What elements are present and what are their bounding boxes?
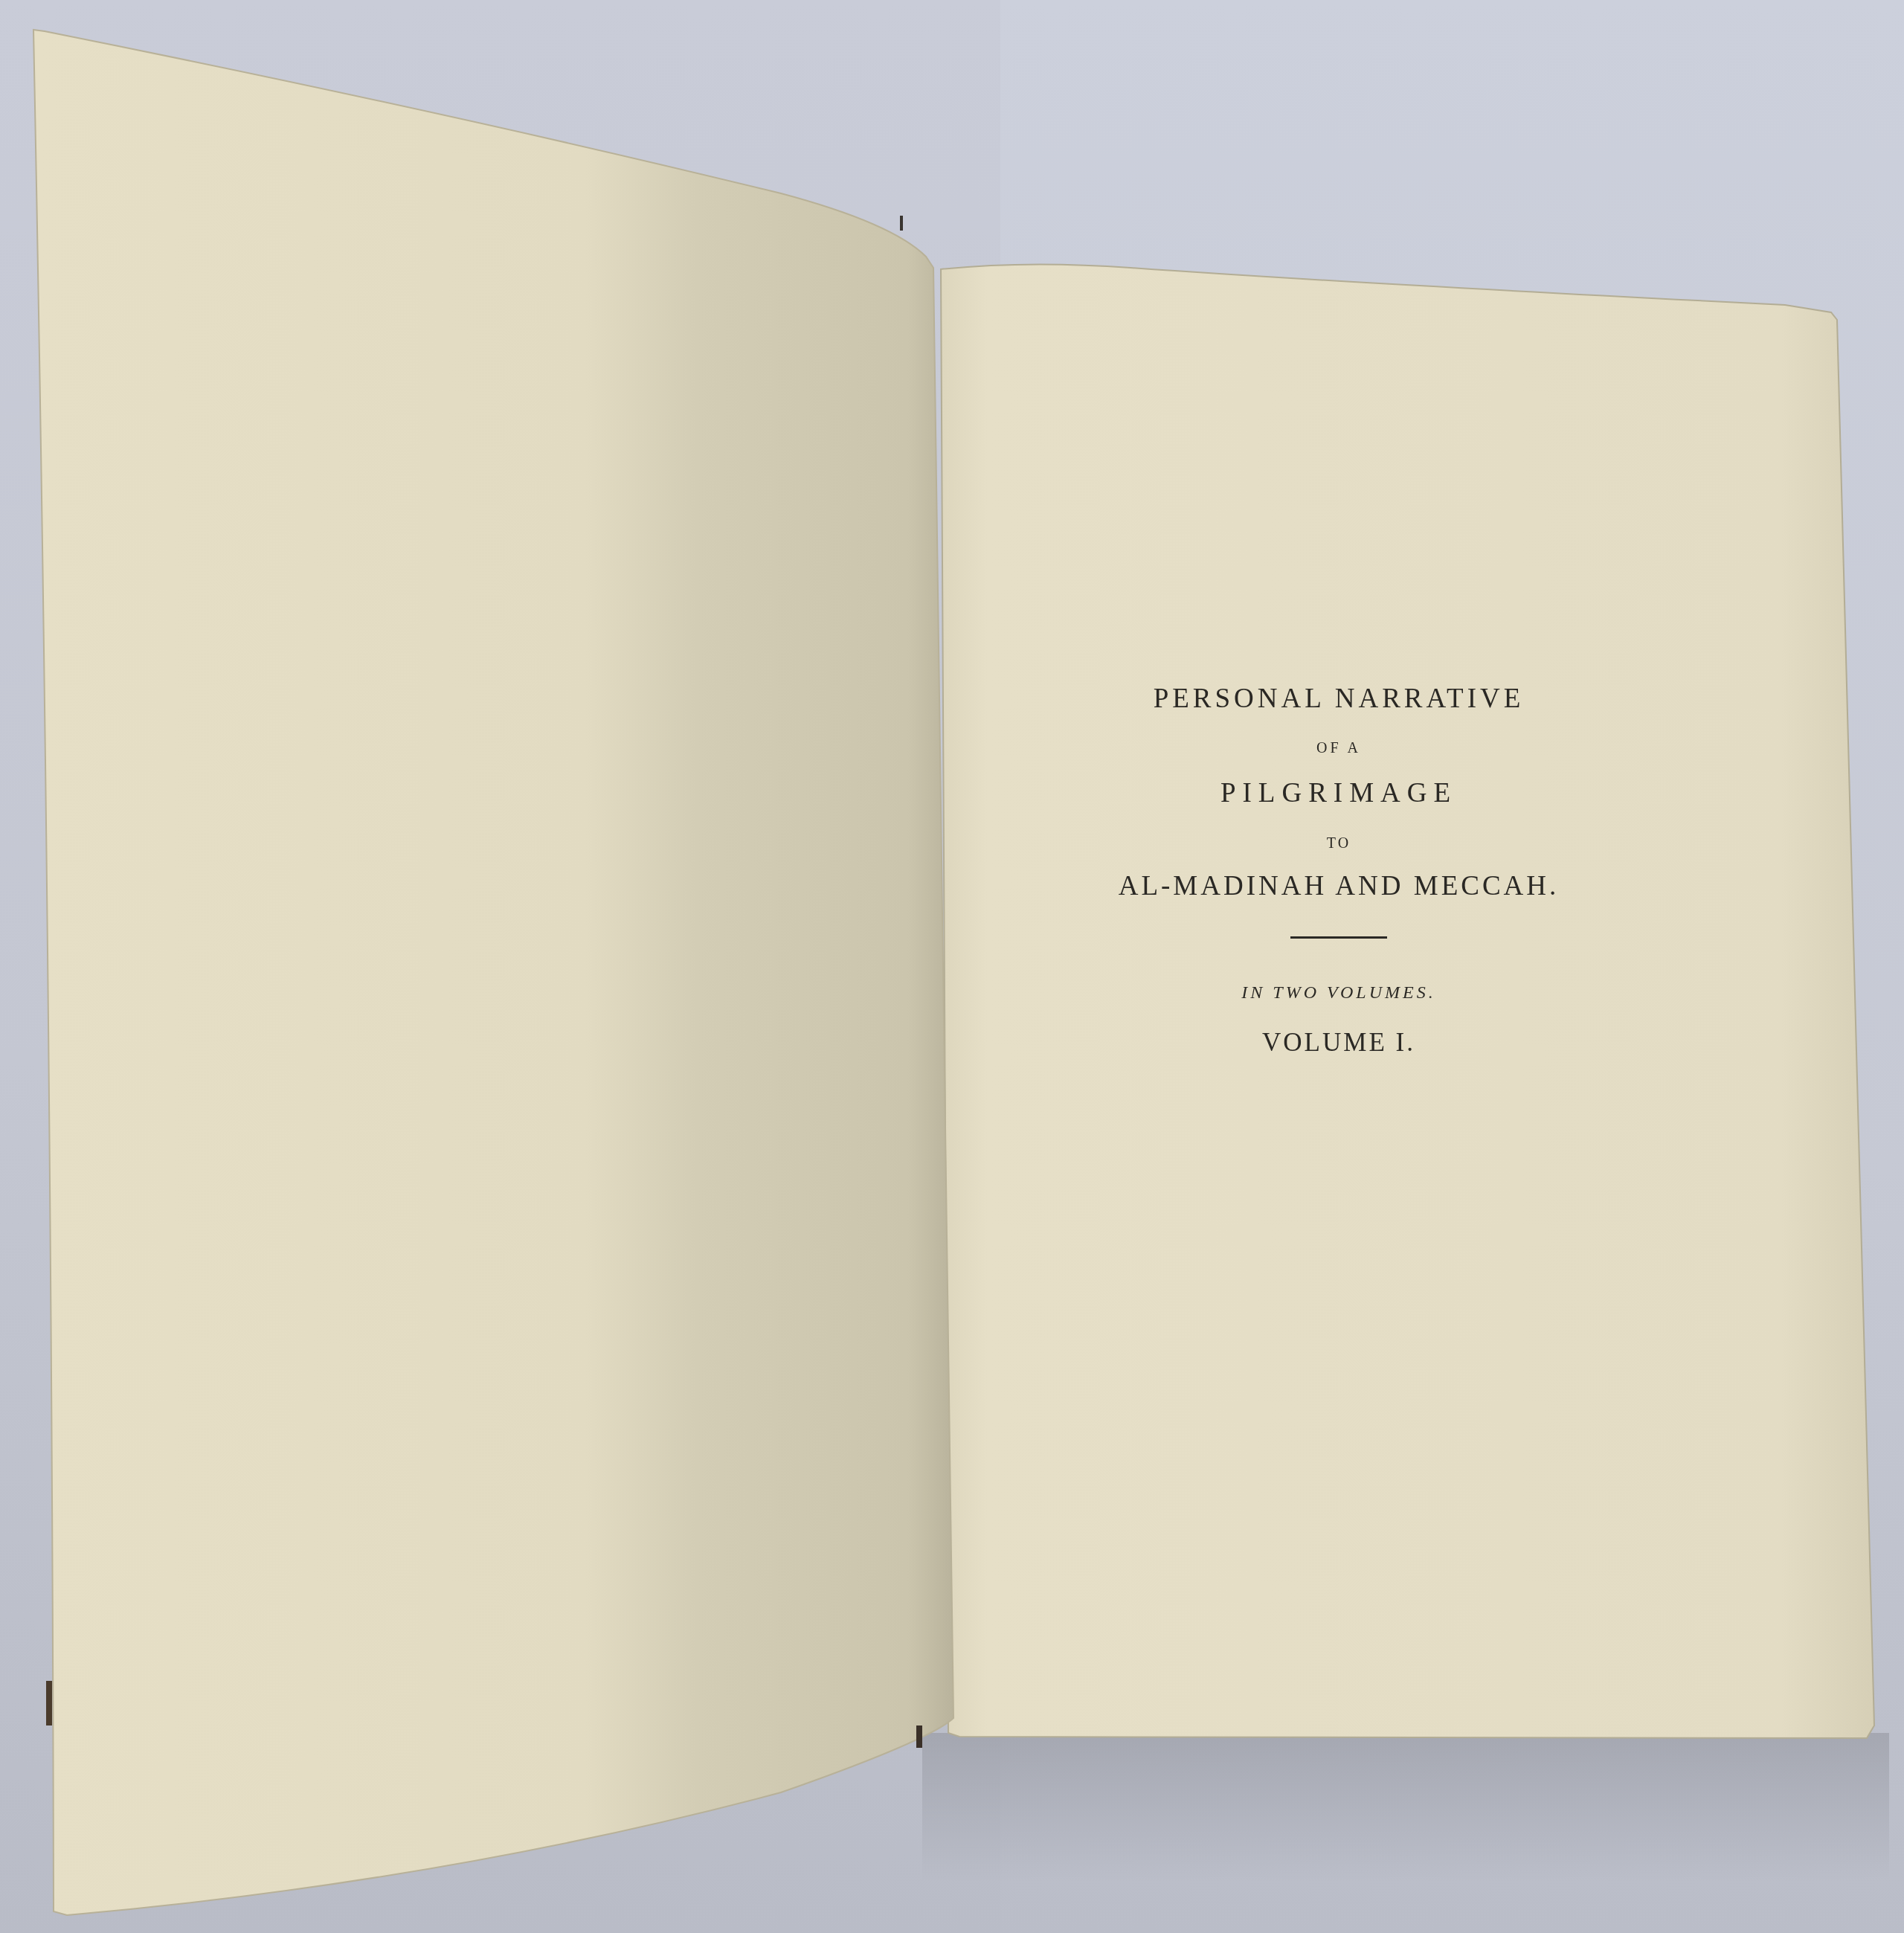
binding-edge xyxy=(46,1681,52,1725)
book-pages xyxy=(0,0,1904,1933)
binding-edge xyxy=(916,1725,922,1748)
left-page xyxy=(33,30,953,1915)
edition-note: IN TWO VOLUMES. xyxy=(1026,983,1651,1003)
title-line-3: PILGRIMAGE xyxy=(1026,777,1651,809)
title-line-1: PERSONAL NARRATIVE xyxy=(1026,683,1651,715)
title-line-4: TO xyxy=(1026,835,1651,852)
title-line-2: OF A xyxy=(1026,740,1651,757)
title-line-5: AL-MADINAH AND MECCAH. xyxy=(1026,870,1651,902)
binding-thread xyxy=(900,216,903,231)
divider-rule xyxy=(1290,936,1387,939)
volume-label: VOLUME I. xyxy=(1026,1028,1651,1058)
